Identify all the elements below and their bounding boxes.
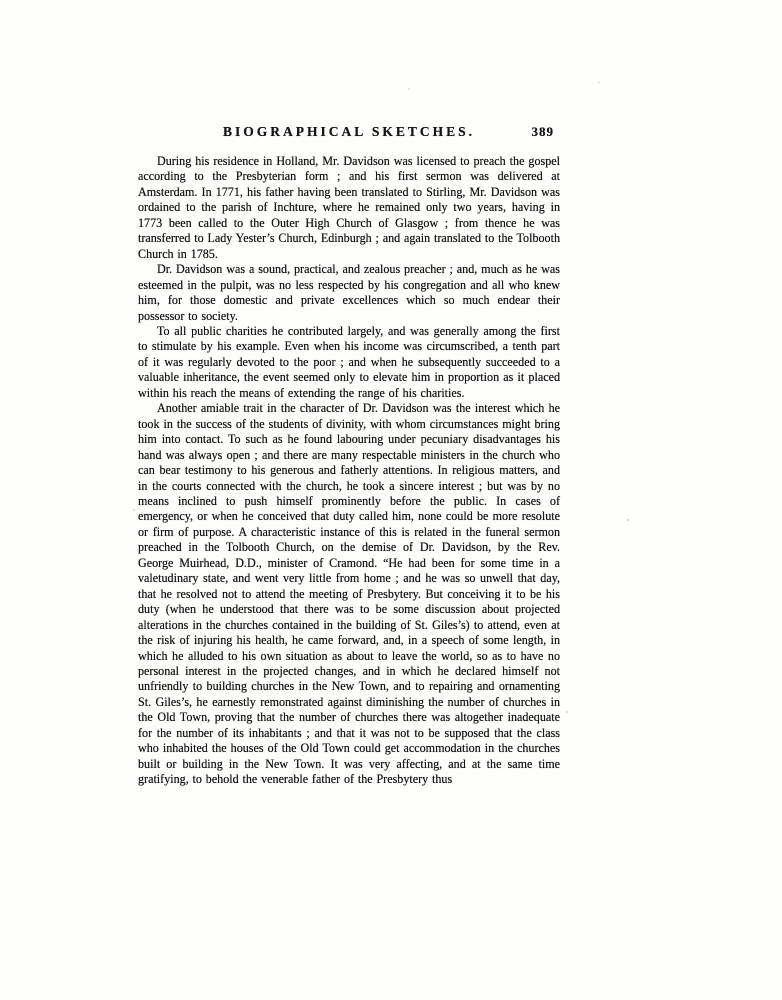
paragraph: Dr. Davidson was a sound, practical, and…	[138, 262, 560, 324]
paragraph: During his residence in Holland, Mr. Dav…	[138, 154, 560, 262]
running-head: BIOGRAPHICAL SKETCHES. 389	[138, 124, 560, 146]
body-text: During his residence in Holland, Mr. Dav…	[138, 154, 560, 788]
paragraph: To all public charities he contributed l…	[138, 324, 560, 401]
scan-speck	[627, 519, 629, 521]
paragraph: Another amiable trait in the character o…	[138, 401, 560, 787]
text-block: BIOGRAPHICAL SKETCHES. 389 During his re…	[138, 124, 560, 788]
scan-speck	[566, 711, 568, 713]
scan-speck	[133, 509, 135, 511]
scan-speck	[598, 82, 600, 83]
scan-speck	[408, 88, 410, 90]
page-title: BIOGRAPHICAL SKETCHES.	[138, 124, 560, 140]
page-number: 389	[532, 124, 555, 140]
book-page: BIOGRAPHICAL SKETCHES. 389 During his re…	[0, 0, 782, 1000]
